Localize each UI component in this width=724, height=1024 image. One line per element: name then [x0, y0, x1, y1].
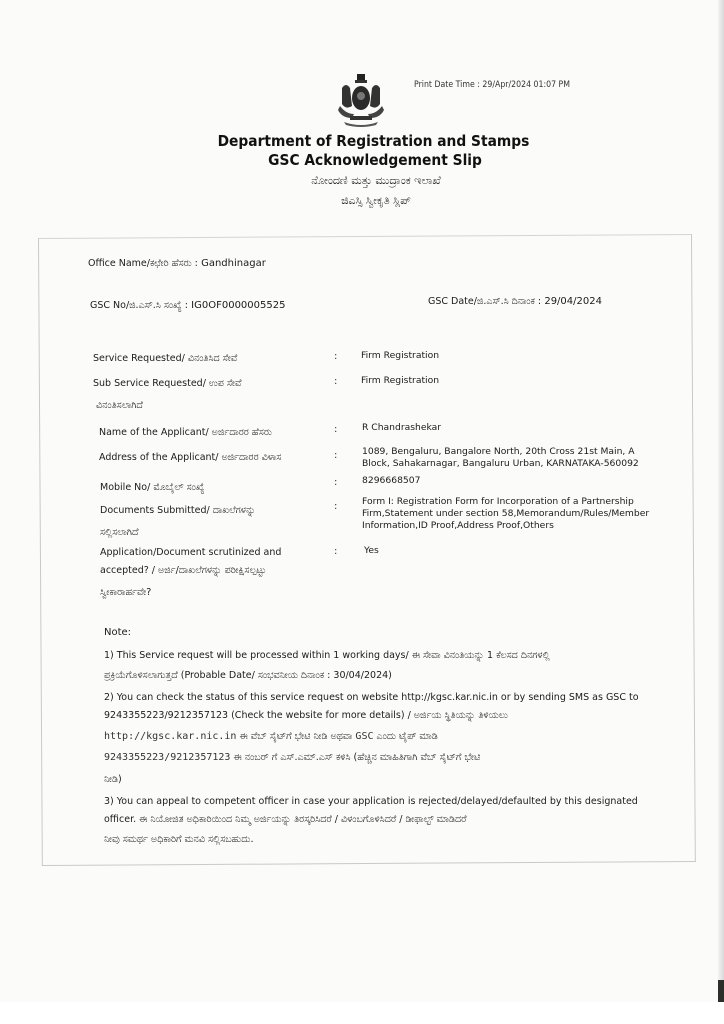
- note-3-line-1: 3) You can appeal to competent officer i…: [104, 796, 638, 807]
- gsc-date-label: GSC Date/ಜಿ.ಎಸ್.ಸಿ ದಿನಾಂಕ :: [428, 296, 541, 307]
- colon: :: [334, 351, 337, 362]
- colon: :: [334, 450, 337, 461]
- gsc-no-value: IG0OF0000005525: [191, 300, 285, 311]
- sub-service-value: Firm Registration: [361, 375, 439, 386]
- gsc-no-row: GSC No/ಜಿ.ಎಸ್.ಸಿ ಸಂಖ್ಯೆ : IG0OF000000552…: [90, 300, 285, 311]
- scrutinized-label-kn2: ಸ್ವೀಕಾರಾರ್ಹವೇ?: [100, 587, 151, 598]
- gsc-date-row: GSC Date/ಜಿ.ಎಸ್.ಸಿ ದಿನಾಂಕ : 29/04/2024: [428, 296, 602, 307]
- service-requested-value: Firm Registration: [361, 350, 439, 361]
- colon: :: [334, 376, 337, 387]
- scanner-corner-shadow: [718, 980, 724, 1002]
- mobile-no-label: Mobile No/ ಮೊಬೈಲ್ ಸಂಖ್ಯೆ: [100, 482, 204, 493]
- note-3-line-2: officer. ಈ ನಿಯೋಜಿತ ಅಧಿಕಾರಿಯಿಂದ ನಿಮ್ಮ ಅರ್…: [104, 814, 467, 825]
- gsc-no-label: GSC No/ಜಿ.ಎಸ್.ಸಿ ಸಂಖ್ಯೆ :: [90, 300, 188, 311]
- applicant-address-label: Address of the Applicant/ ಅರ್ಜಿದಾರರ ವಿಳಾ…: [99, 452, 281, 463]
- office-name-value: Gandhinagar: [201, 258, 266, 269]
- applicant-name-value: R Chandrashekar: [362, 422, 441, 433]
- colon: :: [334, 424, 337, 435]
- sms-numbers: 9243355223/9212357123: [104, 752, 230, 763]
- scrutinized-label: Application/Document scrutinized and: [100, 547, 281, 558]
- service-requested-label: Service Requested/ ವಿನಂತಿಸಿದ ಸೇವೆ: [93, 353, 237, 364]
- applicant-name-label: Name of the Applicant/ ಅರ್ಜಿದಾರರ ಹೆಸರು: [99, 427, 272, 438]
- print-date-time: Print Date Time : 29/Apr/2024 01:07 PM: [414, 80, 570, 90]
- slip-title: GSC Acknowledgement Slip: [0, 151, 724, 169]
- sub-service-label-kn: ವಿನಂತಿಸಲಾಗಿದೆ: [96, 400, 143, 411]
- office-name-row: Office Name/ಕಛೇರಿ ಹೆಸರು : Gandhinagar: [88, 258, 266, 269]
- note-3-line-3: ನೀವು ಸಮರ್ಥ ಅಧಿಕಾರಿಗೆ ಮನವಿ ಸಲ್ಲಿಸಬಹುದು.: [104, 834, 253, 845]
- applicant-address-value: 1089, Bengaluru, Bangalore North, 20th C…: [362, 446, 662, 470]
- slip-title-kannada: ಜಿಎಸ್ಸಿ ಸ್ವೀಕೃತಿ ಸ್ಲಿಪ್: [0, 194, 724, 208]
- scrutinized-value: Yes: [364, 545, 379, 556]
- colon: :: [334, 501, 337, 512]
- note-2-line-2: 9243355223/9212357123 (Check the website…: [104, 710, 508, 721]
- state-emblem-icon: [336, 72, 386, 128]
- note-title: Note:: [104, 627, 131, 638]
- mobile-no-value: 8296668507: [362, 475, 420, 486]
- colon: :: [334, 477, 337, 488]
- note-1-line-1: 1) This Service request will be processe…: [104, 650, 550, 661]
- office-name-label: Office Name/ಕಛೇರಿ ಹೆಸರು :: [88, 258, 198, 269]
- note-1-line-2: ಪ್ರಕ್ರಿಯೆಗೊಳಿಸಲಾಗುತ್ತದೆ (Probable Date/ …: [104, 670, 392, 681]
- note-2-line-1: 2) You can check the status of this serv…: [104, 692, 639, 703]
- department-title: Department of Registration and Stamps: [0, 132, 724, 150]
- documents-submitted-label: Documents Submitted/ ದಾಖಲೆಗಳನ್ನು: [100, 505, 256, 516]
- gsc-date-value: 29/04/2024: [544, 296, 602, 307]
- documents-submitted-value: Form I: Registration Form for Incorporat…: [362, 496, 662, 532]
- scrutinized-label-kn: accepted? / ಅರ್ಜಿ/ದಾಖಲೆಗಳನ್ನು ಪರೀಕ್ಷಿಸಲ್…: [100, 565, 266, 576]
- note-2-line-3: http://kgsc.kar.nic.in ಈ ವೆಬ್ ಸೈಟ್‌ಗೆ ಭೇ…: [104, 731, 438, 742]
- department-title-kannada: ನೋಂದಣಿ ಮತ್ತು ಮುದ್ರಾಂಕ ಇಲಾಖೆ: [0, 174, 724, 188]
- kgsc-website-link[interactable]: http://kgsc.kar.nic.in: [104, 731, 236, 742]
- note-2-line-5: ನೀಡಿ): [104, 774, 122, 785]
- colon: :: [334, 546, 337, 557]
- scan-bottom-margin: [0, 1002, 724, 1024]
- documents-submitted-label-kn: ಸಲ್ಲಿಸಲಾಗಿದೆ: [100, 527, 139, 538]
- sub-service-label: Sub Service Requested/ ಉಪ ಸೇವೆ: [93, 378, 241, 389]
- note-2-line-4: 9243355223/9212357123 ಈ ನಂಬರ್ ಗೆ ಎಸ್.ಎಮ್…: [104, 752, 480, 763]
